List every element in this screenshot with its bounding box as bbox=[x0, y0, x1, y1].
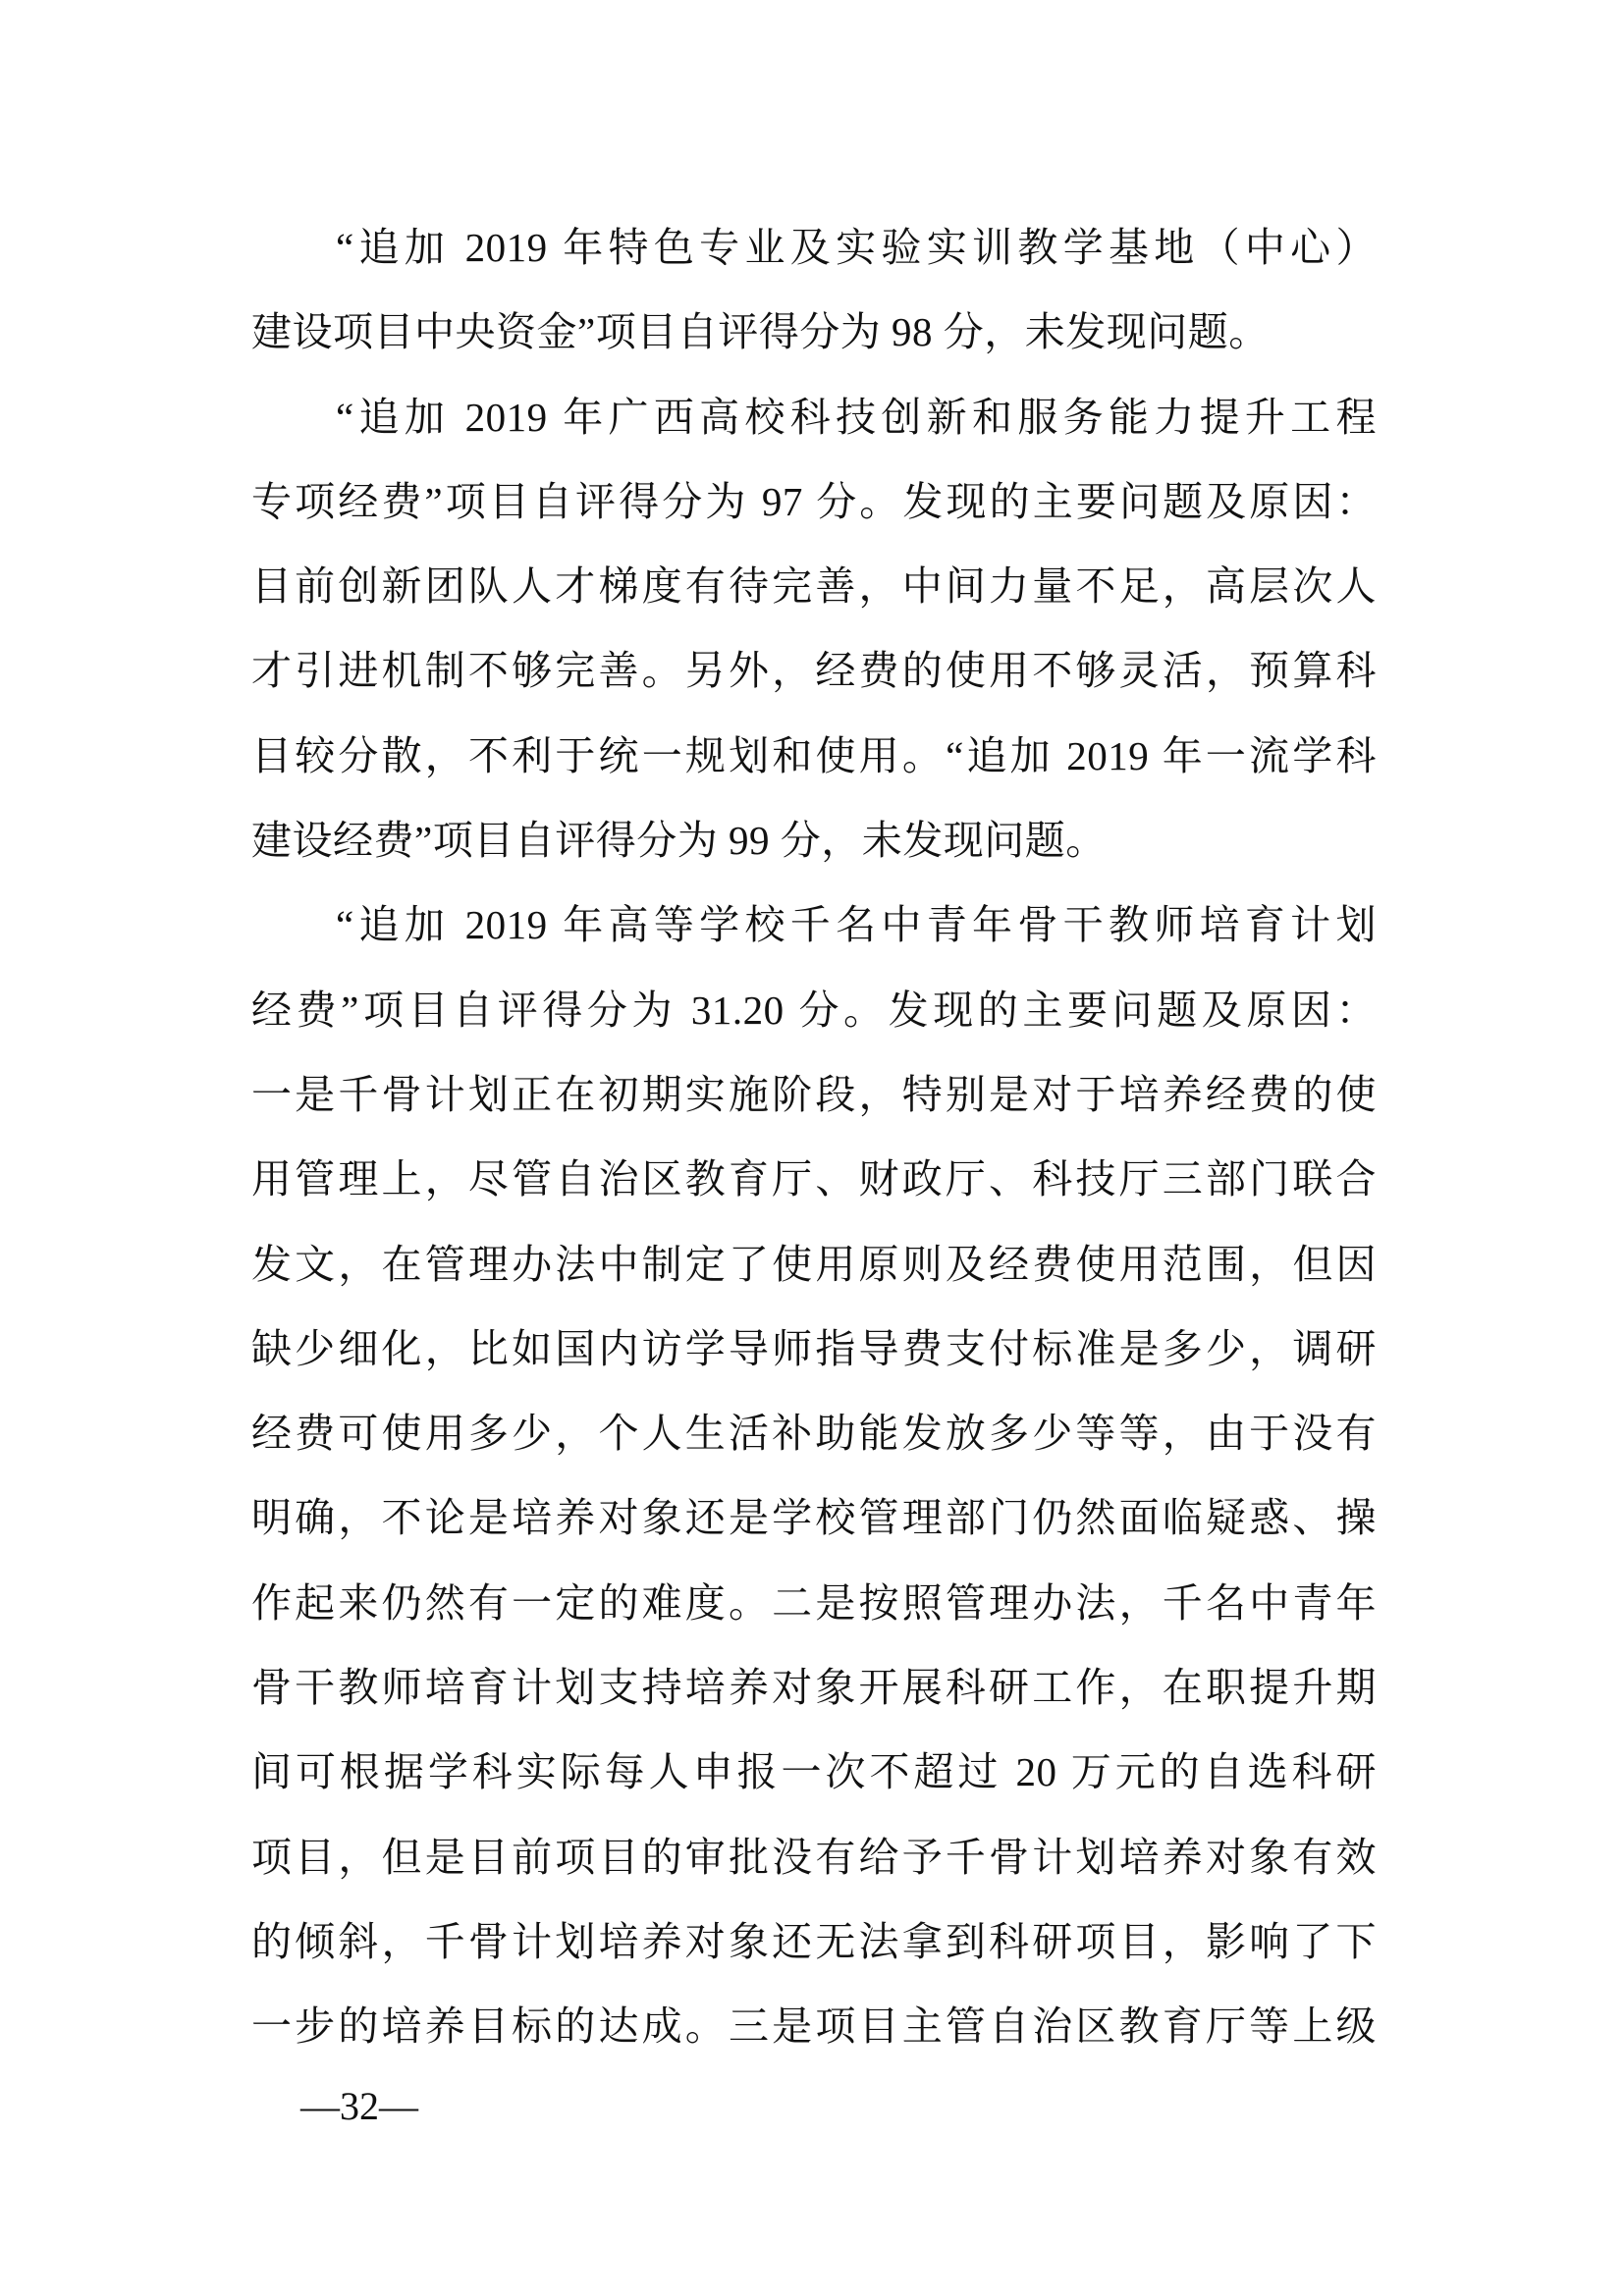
text-line: 用管理上，尽管自治区教育厅、财政厅、科技厅三部门联合 bbox=[251, 1137, 1377, 1221]
text-line: 间可根据学科实际每人申报一次不超过 20 万元的自选科研 bbox=[251, 1730, 1377, 1814]
text-line: 一步的培养目标的达成。三是项目主管自治区教育厅等上级 bbox=[251, 1984, 1377, 2068]
text-line: “追加 2019 年特色专业及实验实训教学基地（中心） bbox=[251, 205, 1377, 290]
document-page: “追加 2019 年特色专业及实验实训教学基地（中心） 建设项目中央资金”项目自… bbox=[0, 0, 1624, 2296]
text-line: 项目，但是目前项目的审批没有给予千骨计划培养对象有效 bbox=[251, 1815, 1377, 1899]
page-number: —32— bbox=[300, 2082, 418, 2131]
text-line: 明确，不论是培养对象还是学校管理部门仍然面临疑惑、操 bbox=[251, 1475, 1377, 1560]
text-line: 建设经费”项目自评得分为 99 分，未发现问题。 bbox=[251, 798, 1377, 882]
text-line: 经费”项目自评得分为 31.20 分。发现的主要问题及原因： bbox=[251, 968, 1377, 1052]
text-line: 的倾斜，千骨计划培养对象还无法拿到科研项目，影响了下 bbox=[251, 1899, 1377, 1984]
text-line: 专项经费”项目自评得分为 97 分。发现的主要问题及原因： bbox=[251, 459, 1377, 544]
text-line: 才引进机制不够完善。另外，经费的使用不够灵活，预算科 bbox=[251, 628, 1377, 713]
text-line: “追加 2019 年高等学校千名中青年骨干教师培育计划 bbox=[251, 882, 1377, 967]
text-line: 缺少细化，比如国内访学导师指导费支付标准是多少，调研 bbox=[251, 1307, 1377, 1391]
text-line: 经费可使用多少，个人生活补助能发放多少等等，由于没有 bbox=[251, 1391, 1377, 1475]
text-line: 一是千骨计划正在初期实施阶段，特别是对于培养经费的使 bbox=[251, 1052, 1377, 1137]
text-line: 发文，在管理办法中制定了使用原则及经费使用范围，但因 bbox=[251, 1222, 1377, 1307]
text-line: 作起来仍然有一定的难度。二是按照管理办法，千名中青年 bbox=[251, 1561, 1377, 1645]
text-line: 建设项目中央资金”项目自评得分为 98 分，未发现问题。 bbox=[251, 290, 1377, 374]
text-line: 目前创新团队人才梯度有待完善，中间力量不足，高层次人 bbox=[251, 544, 1377, 628]
text-line: 骨干教师培育计划支持培养对象开展科研工作，在职提升期 bbox=[251, 1645, 1377, 1730]
text-line: 目较分散，不利于统一规划和使用。“追加 2019 年一流学科 bbox=[251, 714, 1377, 798]
text-line: “追加 2019 年广西高校科技创新和服务能力提升工程 bbox=[251, 375, 1377, 459]
document-body: “追加 2019 年特色专业及实验实训教学基地（中心） 建设项目中央资金”项目自… bbox=[251, 205, 1377, 2069]
